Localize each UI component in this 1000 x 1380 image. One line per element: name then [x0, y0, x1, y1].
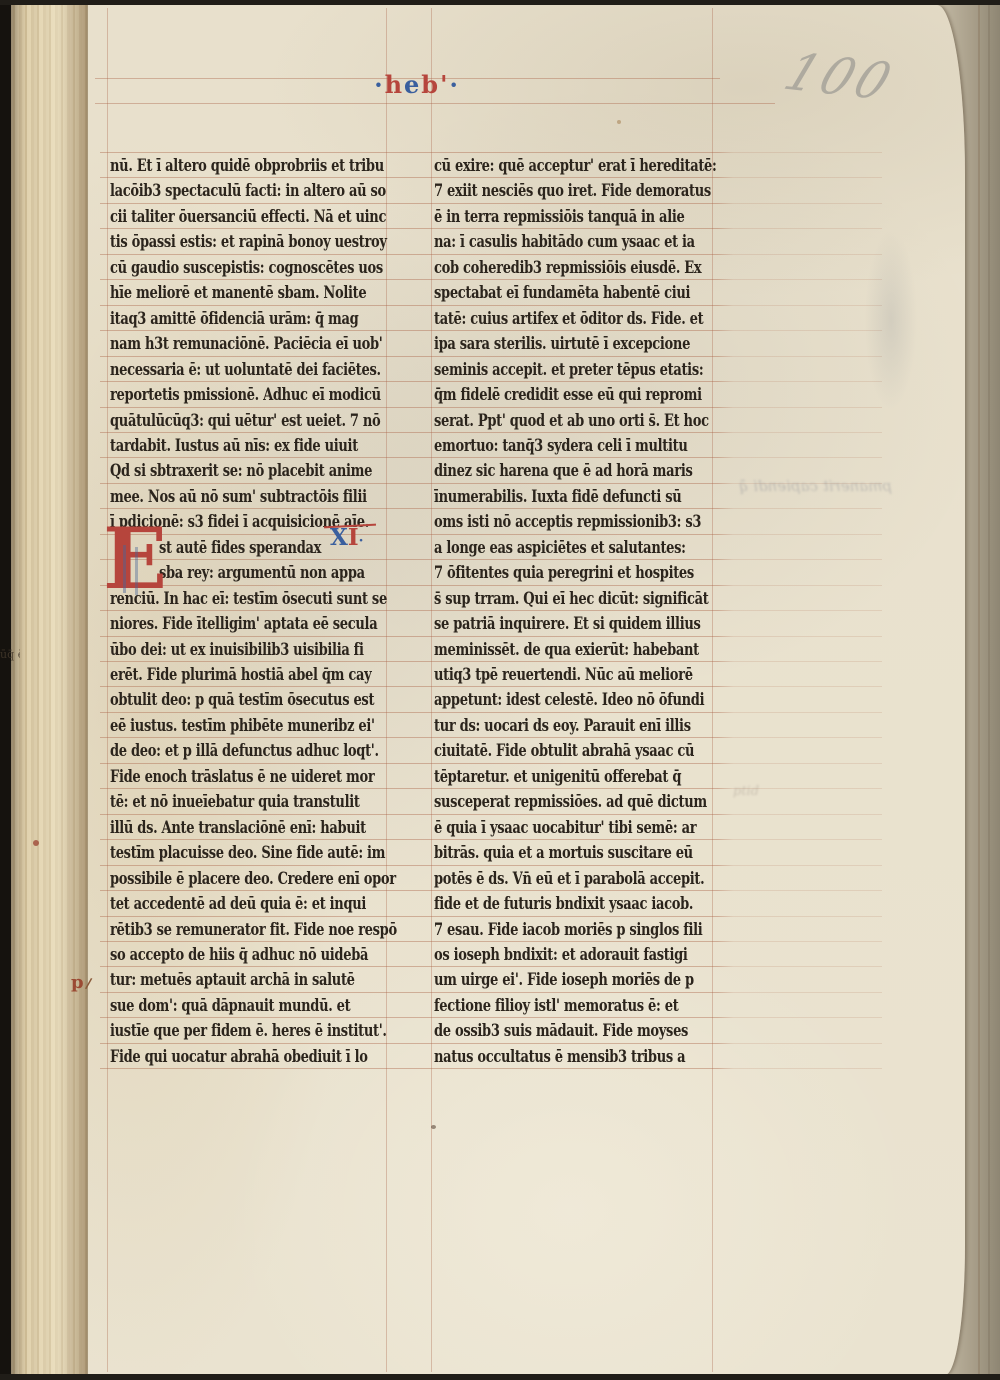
margin-smudge	[856, 200, 926, 440]
text-line: utiq3 tpē reuertendi. Nūc aū meliorē	[434, 663, 715, 688]
text-line: obtulit deo: p quā testīm ōsecutus est	[110, 688, 391, 713]
text-line: cū exire: quē acceptur' erat ī hereditat…	[434, 154, 715, 179]
text-line: Fide enoch trāslatus ē ne uideret mor	[110, 765, 391, 790]
folio-number: 100	[777, 43, 903, 112]
ink-showthrough: pmanerit capiendi q̄	[736, 477, 892, 495]
binding-gutter	[10, 0, 88, 1380]
text-line: ipa sara sterilis. uirtutē ī excepcione	[434, 332, 715, 357]
ruled-line-horizontal	[95, 103, 775, 104]
chapter-numeral-x: X	[330, 524, 348, 551]
binding-edge	[0, 0, 11, 1380]
leaf-edge-line	[978, 0, 980, 1380]
text-line: na: ī casulis habitādo cum ysaac et ia	[434, 230, 715, 255]
text-line: emortuo: tanq̄3 sydera celi ī multitu	[434, 434, 715, 459]
ruled-line-vertical	[431, 8, 432, 1372]
text-line: bitrās. quia et a mortuis suscitare eū	[434, 841, 715, 866]
running-title-char: ·	[374, 70, 384, 99]
ruled-line-vertical	[107, 8, 108, 1372]
text-line: nam h3t remunaciōnē. Paciēcia eī uob'	[110, 332, 391, 357]
running-title-char: h	[385, 70, 404, 99]
text-line: spectabat eī fundamēta habentē ciui	[434, 281, 715, 306]
text-line: os ioseph bndixit: et adorauit fastigi	[434, 943, 715, 968]
text-line: tur: metuēs aptauit archā in salutē	[110, 968, 391, 993]
text-line: quātulūcūq3: qui uētur' est ueiet. 7 nō	[110, 409, 391, 434]
text-line: fectione filioy istl' memoratus ē: et	[434, 994, 715, 1019]
text-line: cii taliter ōuersanciū effecti. Nā et ui…	[110, 205, 391, 230]
photo-edge-bottom	[0, 1374, 1000, 1380]
text-line: a longe eas aspiciētes et salutantes:	[434, 536, 715, 561]
text-line: tur ds: uocari ds eoy. Parauit enī illis	[434, 714, 715, 739]
prev-leaf-text-fragment: ūq̄ ē	[0, 648, 20, 662]
text-line: meminissēt. de qua exierūt: habebant	[434, 638, 715, 663]
text-line: nū. Et ī altero quidē obprobriis et trib…	[110, 154, 391, 179]
text-line: ūbo dei: ut ex inuisibilib3 uisibilia fi	[110, 638, 391, 663]
paraph-letter: p	[71, 972, 84, 993]
text-line: tet accedentē ad deū quia ē: et inqui	[110, 892, 391, 917]
text-line: īnumerabilis. Iuxta fidē defuncti sū	[434, 485, 715, 510]
text-line: serat. Ppt' quod et ab uno orti s̄. Et h…	[434, 409, 715, 434]
text-line: erēt. Fide plurimā hostiā abel q̄m cay	[110, 663, 391, 688]
text-line: tē: et nō inueīebatur quia transtulit	[110, 790, 391, 815]
text-line: 7 exiit nesciēs quo iret. Fide demoratus	[434, 179, 715, 204]
running-title-char: ·	[449, 70, 459, 99]
text-line: niores. Fide ītelligim' aptata eē secula	[110, 612, 391, 637]
text-line: itaq3 amittē ōfidenciā urām: q̄ mag	[110, 307, 391, 332]
text-line: s̄ sup trram. Qui eī hec dicūt: signific…	[434, 587, 715, 612]
text-line: lacōib3 spectaculū facti: in altero aū s…	[110, 179, 391, 204]
ruled-line-horizontal	[100, 152, 882, 153]
chapter-numeral-i: I	[348, 524, 359, 551]
text-line: 7 esau. Fide iacob moriēs p singlos fili	[434, 918, 715, 943]
text-line: potēs ē ds. Vn̄ eū et ī parabolā accepit…	[434, 867, 715, 892]
text-line: iustīe que per fidem ē. heres ē institut…	[110, 1019, 391, 1044]
leaf-edge-line	[988, 0, 990, 1380]
ink-showthrough-small: ptid	[733, 784, 759, 799]
text-line: oms isti nō acceptis repmissionib3: s3	[434, 510, 715, 535]
text-line: fide et de futuris bndixit ysaac iacob.	[434, 892, 715, 917]
text-line: natus occultatus ē mensib3 tribus a	[434, 1045, 715, 1070]
text-line: tēptaretur. et unigenitū offerebat q̄	[434, 765, 715, 790]
text-line: illū ds. Ante translaciōnē enī: habuit	[110, 816, 391, 841]
text-line: 7 ōfitentes quia peregrini et hospites	[434, 561, 715, 586]
text-line: eē iustus. testīm phibēte muneribz ei'	[110, 714, 391, 739]
text-line: reportetis pmissionē. Adhuc eī modicū	[110, 383, 391, 408]
text-line: de ossib3 suis mādauit. Fide moyses	[434, 1019, 715, 1044]
text-line: ē in terra repmissiōis tanquā in alie	[434, 205, 715, 230]
text-line: sue dom': quā dāpnauit mundū. et	[110, 994, 391, 1019]
drop-cap-initial: E	[103, 520, 167, 598]
text-line: q̄m fidelē credidit esse eū qui repromi	[434, 383, 715, 408]
chapter-numeral: XI·	[330, 526, 364, 553]
text-line: testīm placuisse deo. Sine fide autē: im	[110, 841, 391, 866]
text-line: rētib3 se remunerator fit. Fide noe resp…	[110, 918, 391, 943]
text-line: ciuitatē. Fide obtulit abrahā ysaac cū	[434, 739, 715, 764]
text-line: ē quia ī ysaac uocabitur' tibi semē: ar	[434, 816, 715, 841]
text-line: hīe meliorē et manentē sbam. Nolite	[110, 281, 391, 306]
text-line: um uirge ei'. Fide ioseph moriēs de p	[434, 968, 715, 993]
text-line: mee. Nos aū nō sum' subtractōis filii	[110, 485, 391, 510]
text-line: dinez sic harena que ē ad horā maris	[434, 459, 715, 484]
text-line: seminis accepit. et preter tēpus etatis:	[434, 358, 715, 383]
pen-flourish	[123, 545, 126, 593]
text-line: tis ōpassi estis: et rapinā bonoy uestro…	[110, 230, 391, 255]
text-line: tardabit. Iustus aū nīs: ex fide uiuit	[110, 434, 391, 459]
text-line: so accepto de hiis q̄ adhuc nō uidebā	[110, 943, 391, 968]
running-title-char: e	[404, 70, 421, 99]
text-line: cū gaudio suscepistis: cognoscētes uos	[110, 256, 391, 281]
text-line: de deo: et p illā defunctus adhuc loqt'.	[110, 739, 391, 764]
photo-edge-top	[0, 0, 1000, 5]
ink-speck	[617, 120, 621, 124]
text-line: Fide qui uocatur abrahā obediuit ī lo	[110, 1045, 391, 1070]
text-line: possibile ē placere deo. Credere enī opo…	[110, 867, 391, 892]
ink-speck	[431, 1125, 436, 1129]
manuscript-photo: ·heb'· 100 nū. Et ī altero quidē obprobr…	[0, 0, 1000, 1380]
text-line: susceperat repmissiōes. ad quē dictum	[434, 790, 715, 815]
text-line: necessaria ē: ut uoluntatē dei faciētes.	[110, 358, 391, 383]
ink-speck	[33, 840, 39, 846]
text-line: se patriā inquirere. Et si quidem illius	[434, 612, 715, 637]
text-line: appetunt: idest celestē. Ideo nō ōfundi	[434, 688, 715, 713]
text-line: Qd si sbtraxerit se: nō placebit anime	[110, 459, 391, 484]
paraph-mark: p/	[71, 972, 91, 993]
running-title: ·heb'·	[352, 70, 482, 99]
text-line: cob coheredib3 repmissiōis eiusdē. Ex	[434, 256, 715, 281]
running-title-char: b'	[421, 70, 449, 99]
text-line: tatē: cuius artifex et ōditor ds. Fide. …	[434, 307, 715, 332]
chapter-numeral-dot: ·	[359, 533, 364, 549]
